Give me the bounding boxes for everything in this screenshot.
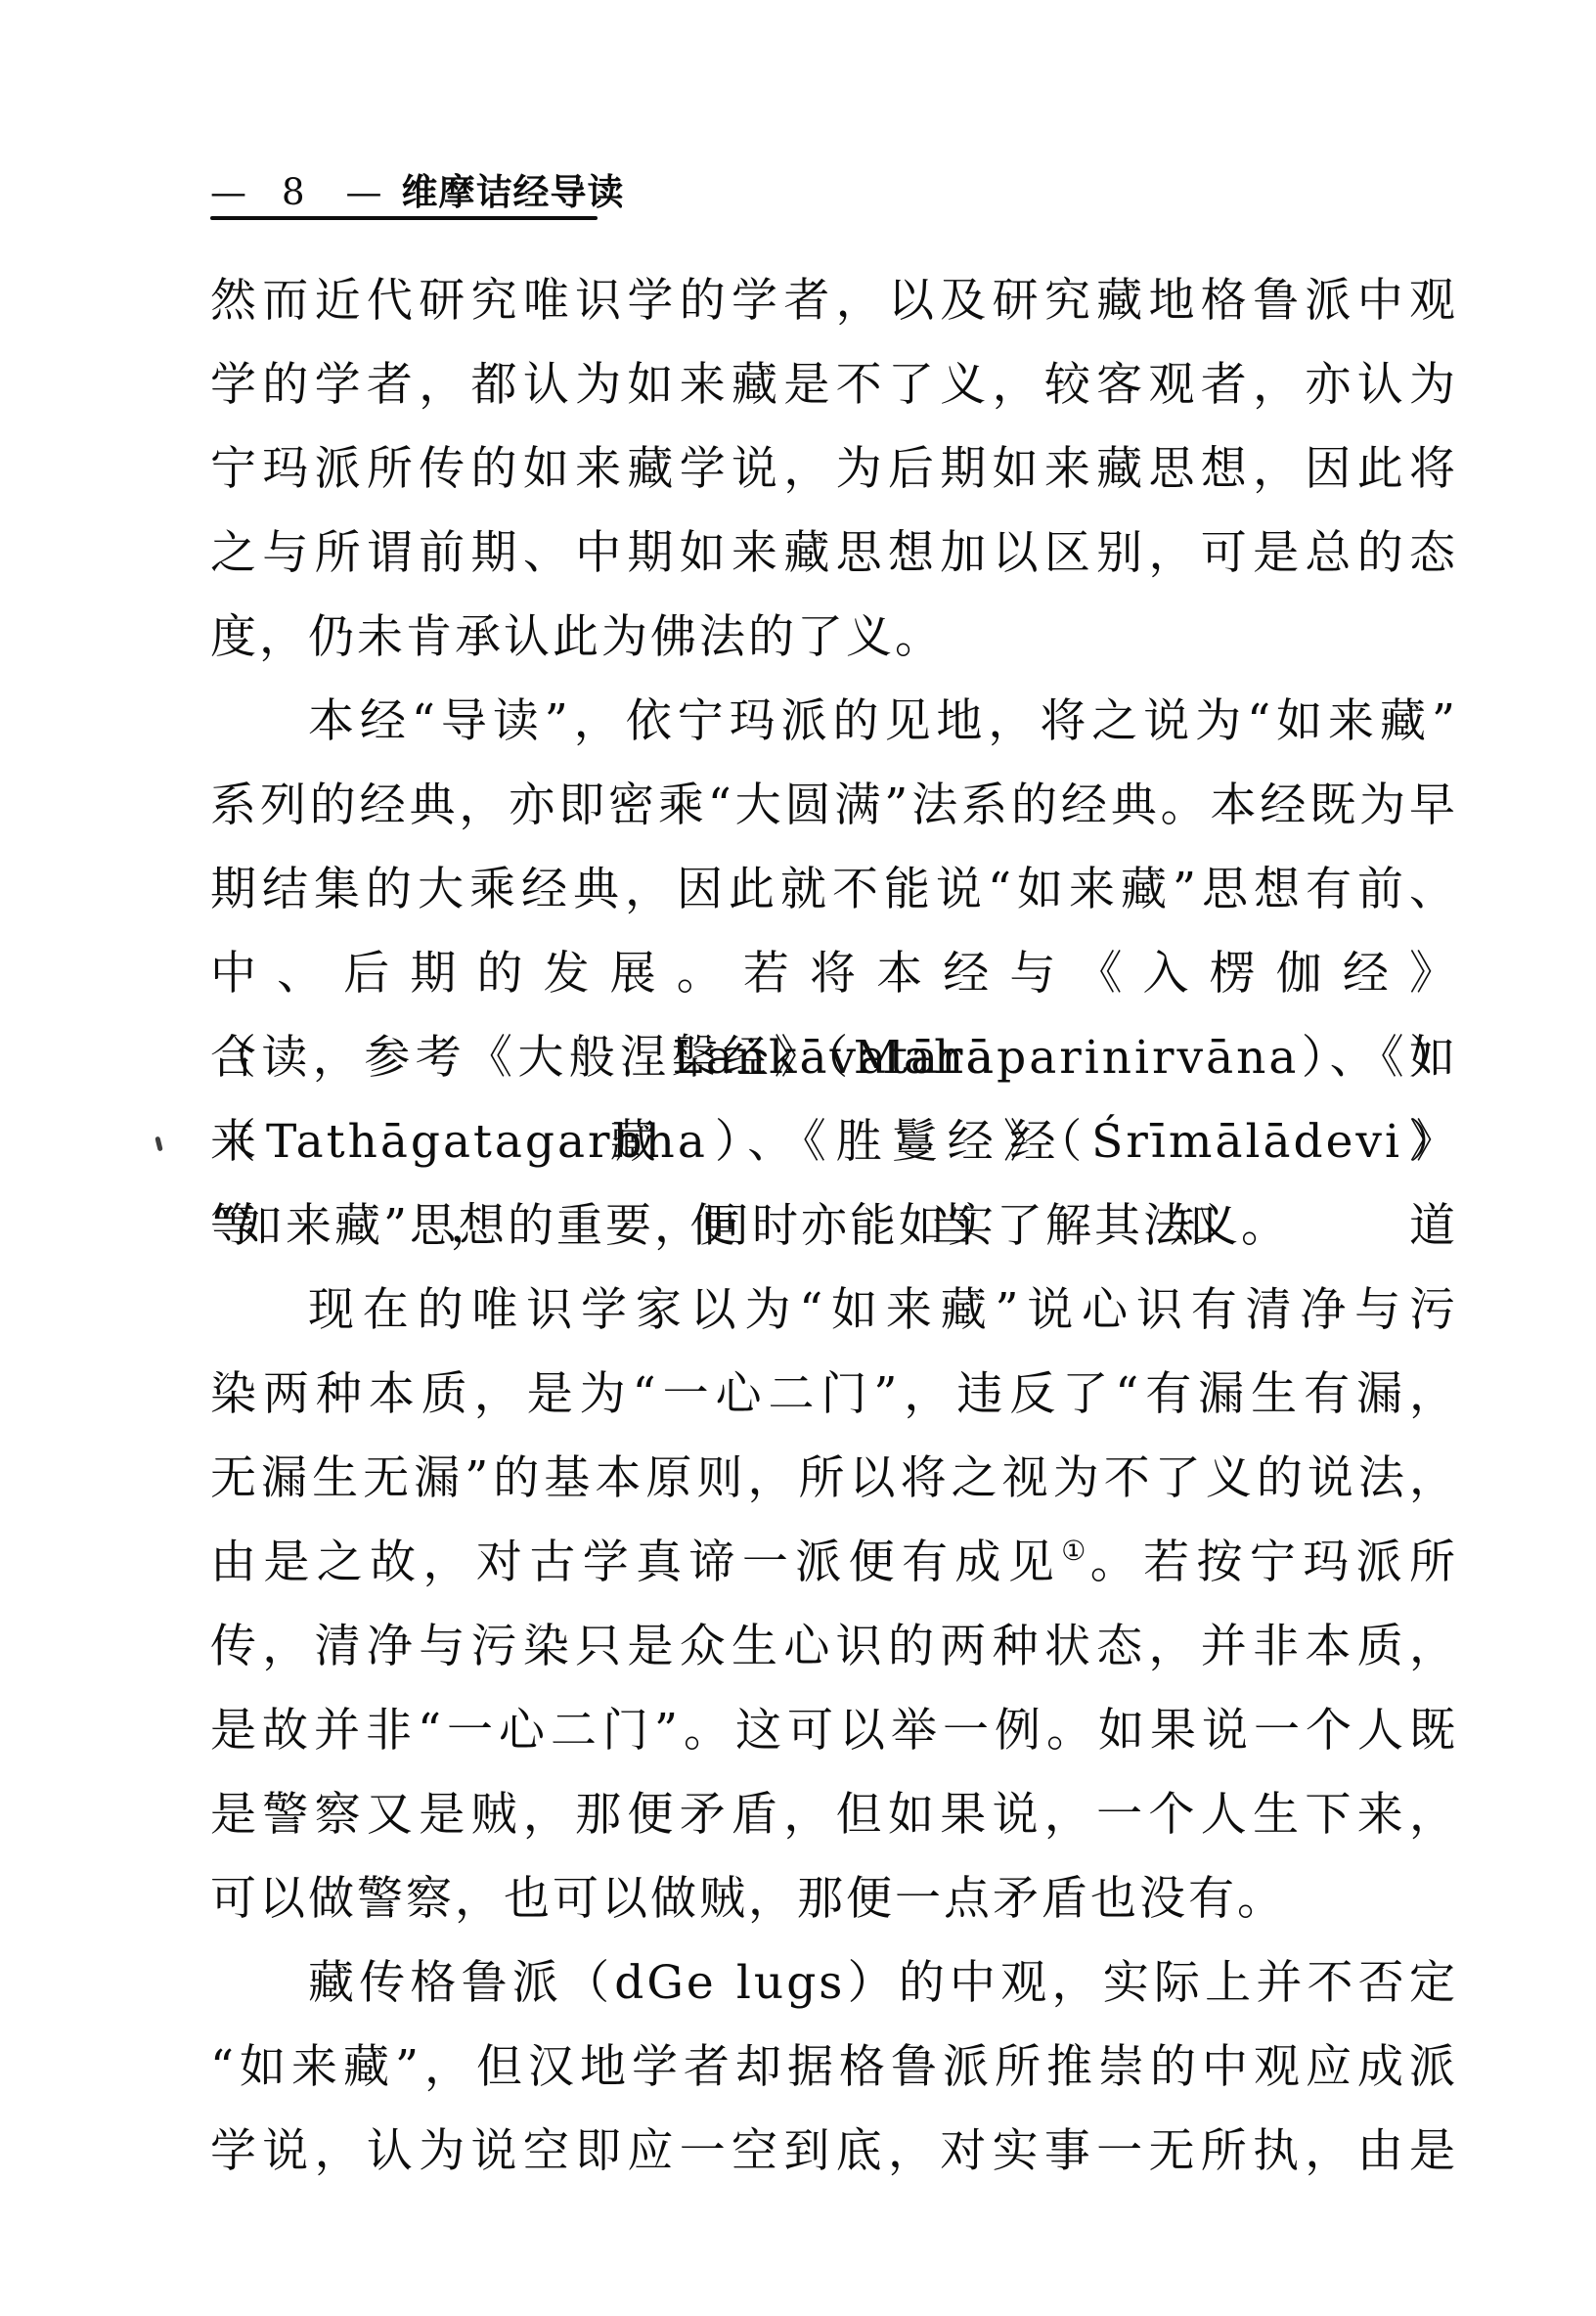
text-run: 期结集的大乘经典，因此就不能说“如来藏”思想有前、	[210, 863, 1458, 916]
footnote-marker: ①	[1061, 1535, 1090, 1567]
text-run: 学的学者，都认为如来藏是不了义，较客观者，亦认为	[210, 358, 1458, 412]
text-run: 由是之故，对古学真谛一派便有成见	[210, 1536, 1061, 1589]
text-line: 是警察又是贼，那便矛盾，但如果说，一个人生下来，	[210, 1773, 1458, 1857]
text-run: 之与所谓前期、中期如来藏思想加以区别，可是总的态	[210, 526, 1458, 580]
text-line: 学的学者，都认为如来藏是不了义，较客观者，亦认为	[210, 343, 1458, 427]
text-line: 可以做警察，也可以做贼，那便一点矛盾也没有。	[210, 1857, 1458, 1941]
page-number: 8	[282, 165, 305, 220]
text-line: 染两种本质，是为“一心二门”，违反了“有漏生有漏，	[210, 1353, 1458, 1437]
text-line: 是故并非“一心二门”。这可以举一例。如果说一个人既	[210, 1689, 1458, 1773]
text-line: 现在的唯识学家以为“如来藏”说心识有清净与污	[210, 1269, 1458, 1353]
text-run: 度，仍未肯承认此为佛法的了义。	[210, 610, 944, 664]
text-line: “如来藏”思想的重要，同时亦能如实了解其法义。	[210, 1184, 1458, 1269]
text-line: 学说，认为说空即应一空到底，对实事一无所执，由是	[210, 2110, 1458, 2194]
text-run: “如来藏”思想的重要，同时亦能如实了解其法义。	[210, 1199, 1290, 1253]
text-line: “如来藏”，但汉地学者却据格鲁派所推崇的中观应成派	[210, 2026, 1458, 2110]
text-run: 染两种本质，是为“一心二门”，违反了“有漏生有漏，	[210, 1367, 1458, 1421]
text-run: 是故并非“一心二门”。这可以举一例。如果说一个人既	[210, 1704, 1458, 1758]
text-run: 藏传格鲁派（dGe lugs）的中观，实际上并不否定	[308, 1956, 1458, 2010]
text-line: 宁玛派所传的如来藏学说，为后期如来藏思想，因此将	[210, 427, 1458, 512]
text-line: 系列的经典，亦即密乘“大圆满”法系的经典。本经既为早	[210, 764, 1458, 848]
text-run: 现在的唯识学家以为“如来藏”说心识有清净与污	[308, 1283, 1458, 1337]
text-line: 无漏生无漏”的基本原则，所以将之视为不了义的说法，	[210, 1437, 1458, 1521]
header-dash-right: —	[346, 165, 382, 220]
book-page: —8—维摩诘经导读 然而近代研究唯识学的学者，以及研究藏地格鲁派中观学的学者，都…	[0, 0, 1596, 2316]
text-line: 中、后期的发展。若将本经与《入楞伽经》（Laṅkāvatāra）	[210, 932, 1458, 1016]
text-run: “如来藏”，但汉地学者却据格鲁派所推崇的中观应成派	[210, 2040, 1458, 2094]
scan-speck	[155, 1136, 162, 1152]
text-run: 是警察又是贼，那便矛盾，但如果说，一个人生下来，	[210, 1788, 1458, 1842]
text-run: 然而近代研究唯识学的学者，以及研究藏地格鲁派中观	[210, 274, 1458, 328]
text-run: 宁玛派所传的如来藏学说，为后期如来藏思想，因此将	[210, 442, 1458, 496]
text-run: 。若按宁玛派所	[1090, 1536, 1458, 1589]
header-underline	[210, 216, 598, 220]
header-dash-left: —	[210, 165, 246, 220]
text-run: 传，清净与污染只是众生心识的两种状态，并非本质，	[210, 1620, 1458, 1673]
text-line: （Tathāgatagarbha）、《胜鬘经》（Śrīmālādevi）等，便当…	[210, 1100, 1458, 1184]
text-run: 系列的经典，亦即密乘“大圆满”法系的经典。本经既为早	[210, 779, 1458, 832]
body-text: 然而近代研究唯识学的学者，以及研究藏地格鲁派中观学的学者，都认为如来藏是不了义，…	[210, 259, 1458, 2194]
text-line: 藏传格鲁派（dGe lugs）的中观，实际上并不否定	[210, 1941, 1458, 2026]
page-header: —8—维摩诘经导读	[210, 164, 625, 219]
text-line: 然而近代研究唯识学的学者，以及研究藏地格鲁派中观	[210, 259, 1458, 343]
text-run: 学说，认为说空即应一空到底，对实事一无所执，由是	[210, 2124, 1458, 2178]
text-run: 无漏生无漏”的基本原则，所以将之视为不了义的说法，	[210, 1451, 1458, 1505]
text-line: 之与所谓前期、中期如来藏思想加以区别，可是总的态	[210, 512, 1458, 596]
text-line: 合读，参考《大般涅槃经》（Mahāparinirvāna）、《如来藏经》	[210, 1016, 1458, 1100]
text-line: 传，清净与污染只是众生心识的两种状态，并非本质，	[210, 1605, 1458, 1689]
text-line: 本经“导读”，依宁玛派的见地，将之说为“如来藏”	[210, 680, 1458, 764]
text-run: 本经“导读”，依宁玛派的见地，将之说为“如来藏”	[308, 694, 1458, 748]
text-line: 度，仍未肯承认此为佛法的了义。	[210, 596, 1458, 680]
running-title: 维摩诘经导读	[402, 164, 625, 219]
text-run: 可以做警察，也可以做贼，那便一点矛盾也没有。	[210, 1872, 1286, 1926]
text-line: 由是之故，对古学真谛一派便有成见①。若按宁玛派所	[210, 1521, 1458, 1605]
text-line: 期结集的大乘经典，因此就不能说“如来藏”思想有前、	[210, 848, 1458, 932]
